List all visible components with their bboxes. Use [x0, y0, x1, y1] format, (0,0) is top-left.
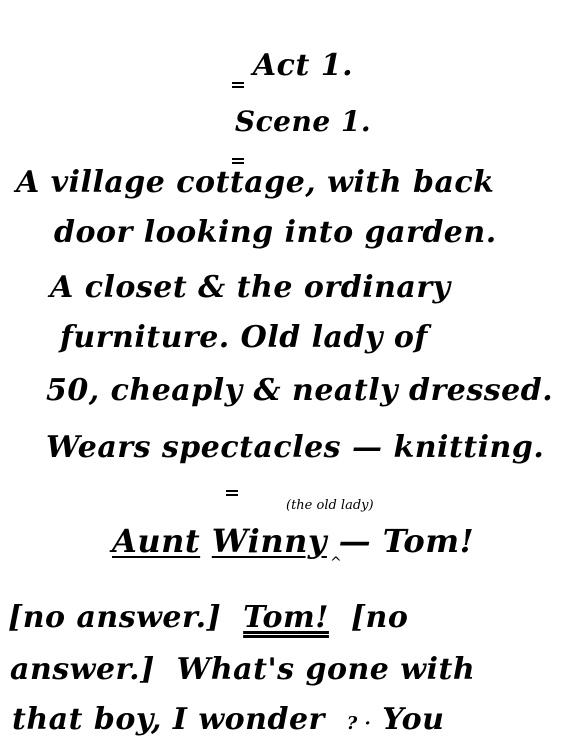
- act-heading: Act 1.: [0, 48, 566, 83]
- stage-direction-line-1: A village cottage, with back: [16, 165, 494, 200]
- bracket-close: ]: [140, 652, 155, 687]
- separator-3: [226, 490, 238, 496]
- insertion-note: (the old lady): [286, 498, 374, 513]
- bracket-open: [: [8, 600, 23, 635]
- stage-direction-line-5: 50, cheaply & neatly dressed.: [46, 373, 553, 408]
- speech-text: What's gone with: [177, 652, 476, 687]
- speech-tom: Tom!: [243, 600, 329, 635]
- punctuation-mark: ? ·: [347, 713, 372, 734]
- stage-direction-line-6: Wears spectacles — knitting.: [46, 430, 544, 465]
- scene-heading: Scene 1.: [0, 105, 566, 138]
- separator-1: [232, 82, 244, 88]
- speaker-name-first: Aunt: [112, 522, 200, 560]
- stage-note-end: answer.: [10, 652, 140, 687]
- dialogue-line-3: that boy, I wonder ? · You: [12, 702, 444, 737]
- dialogue-line-1: [no answer.] Tom! [no: [8, 600, 408, 635]
- speaker-line: Aunt Winny — Tom!: [112, 522, 474, 560]
- bracket-close: ]: [207, 600, 222, 635]
- insertion-caret: ^: [330, 555, 342, 571]
- stage-note: no answer.: [23, 600, 207, 635]
- speech-continuation: You: [382, 702, 444, 737]
- stage-direction-line-3: A closet & the ordinary: [50, 270, 451, 305]
- stage-direction-line-4: furniture. Old lady of: [60, 320, 428, 355]
- dialogue-line-2: answer.] What's gone with: [10, 652, 475, 687]
- speech-start: — Tom!: [339, 522, 475, 560]
- stage-note-start: [no: [351, 600, 409, 635]
- speech-text: that boy, I wonder: [12, 702, 325, 737]
- stage-direction-line-2: door looking into garden.: [54, 215, 497, 250]
- separator-2: [232, 158, 244, 164]
- speaker-name-second: Winny: [212, 522, 327, 560]
